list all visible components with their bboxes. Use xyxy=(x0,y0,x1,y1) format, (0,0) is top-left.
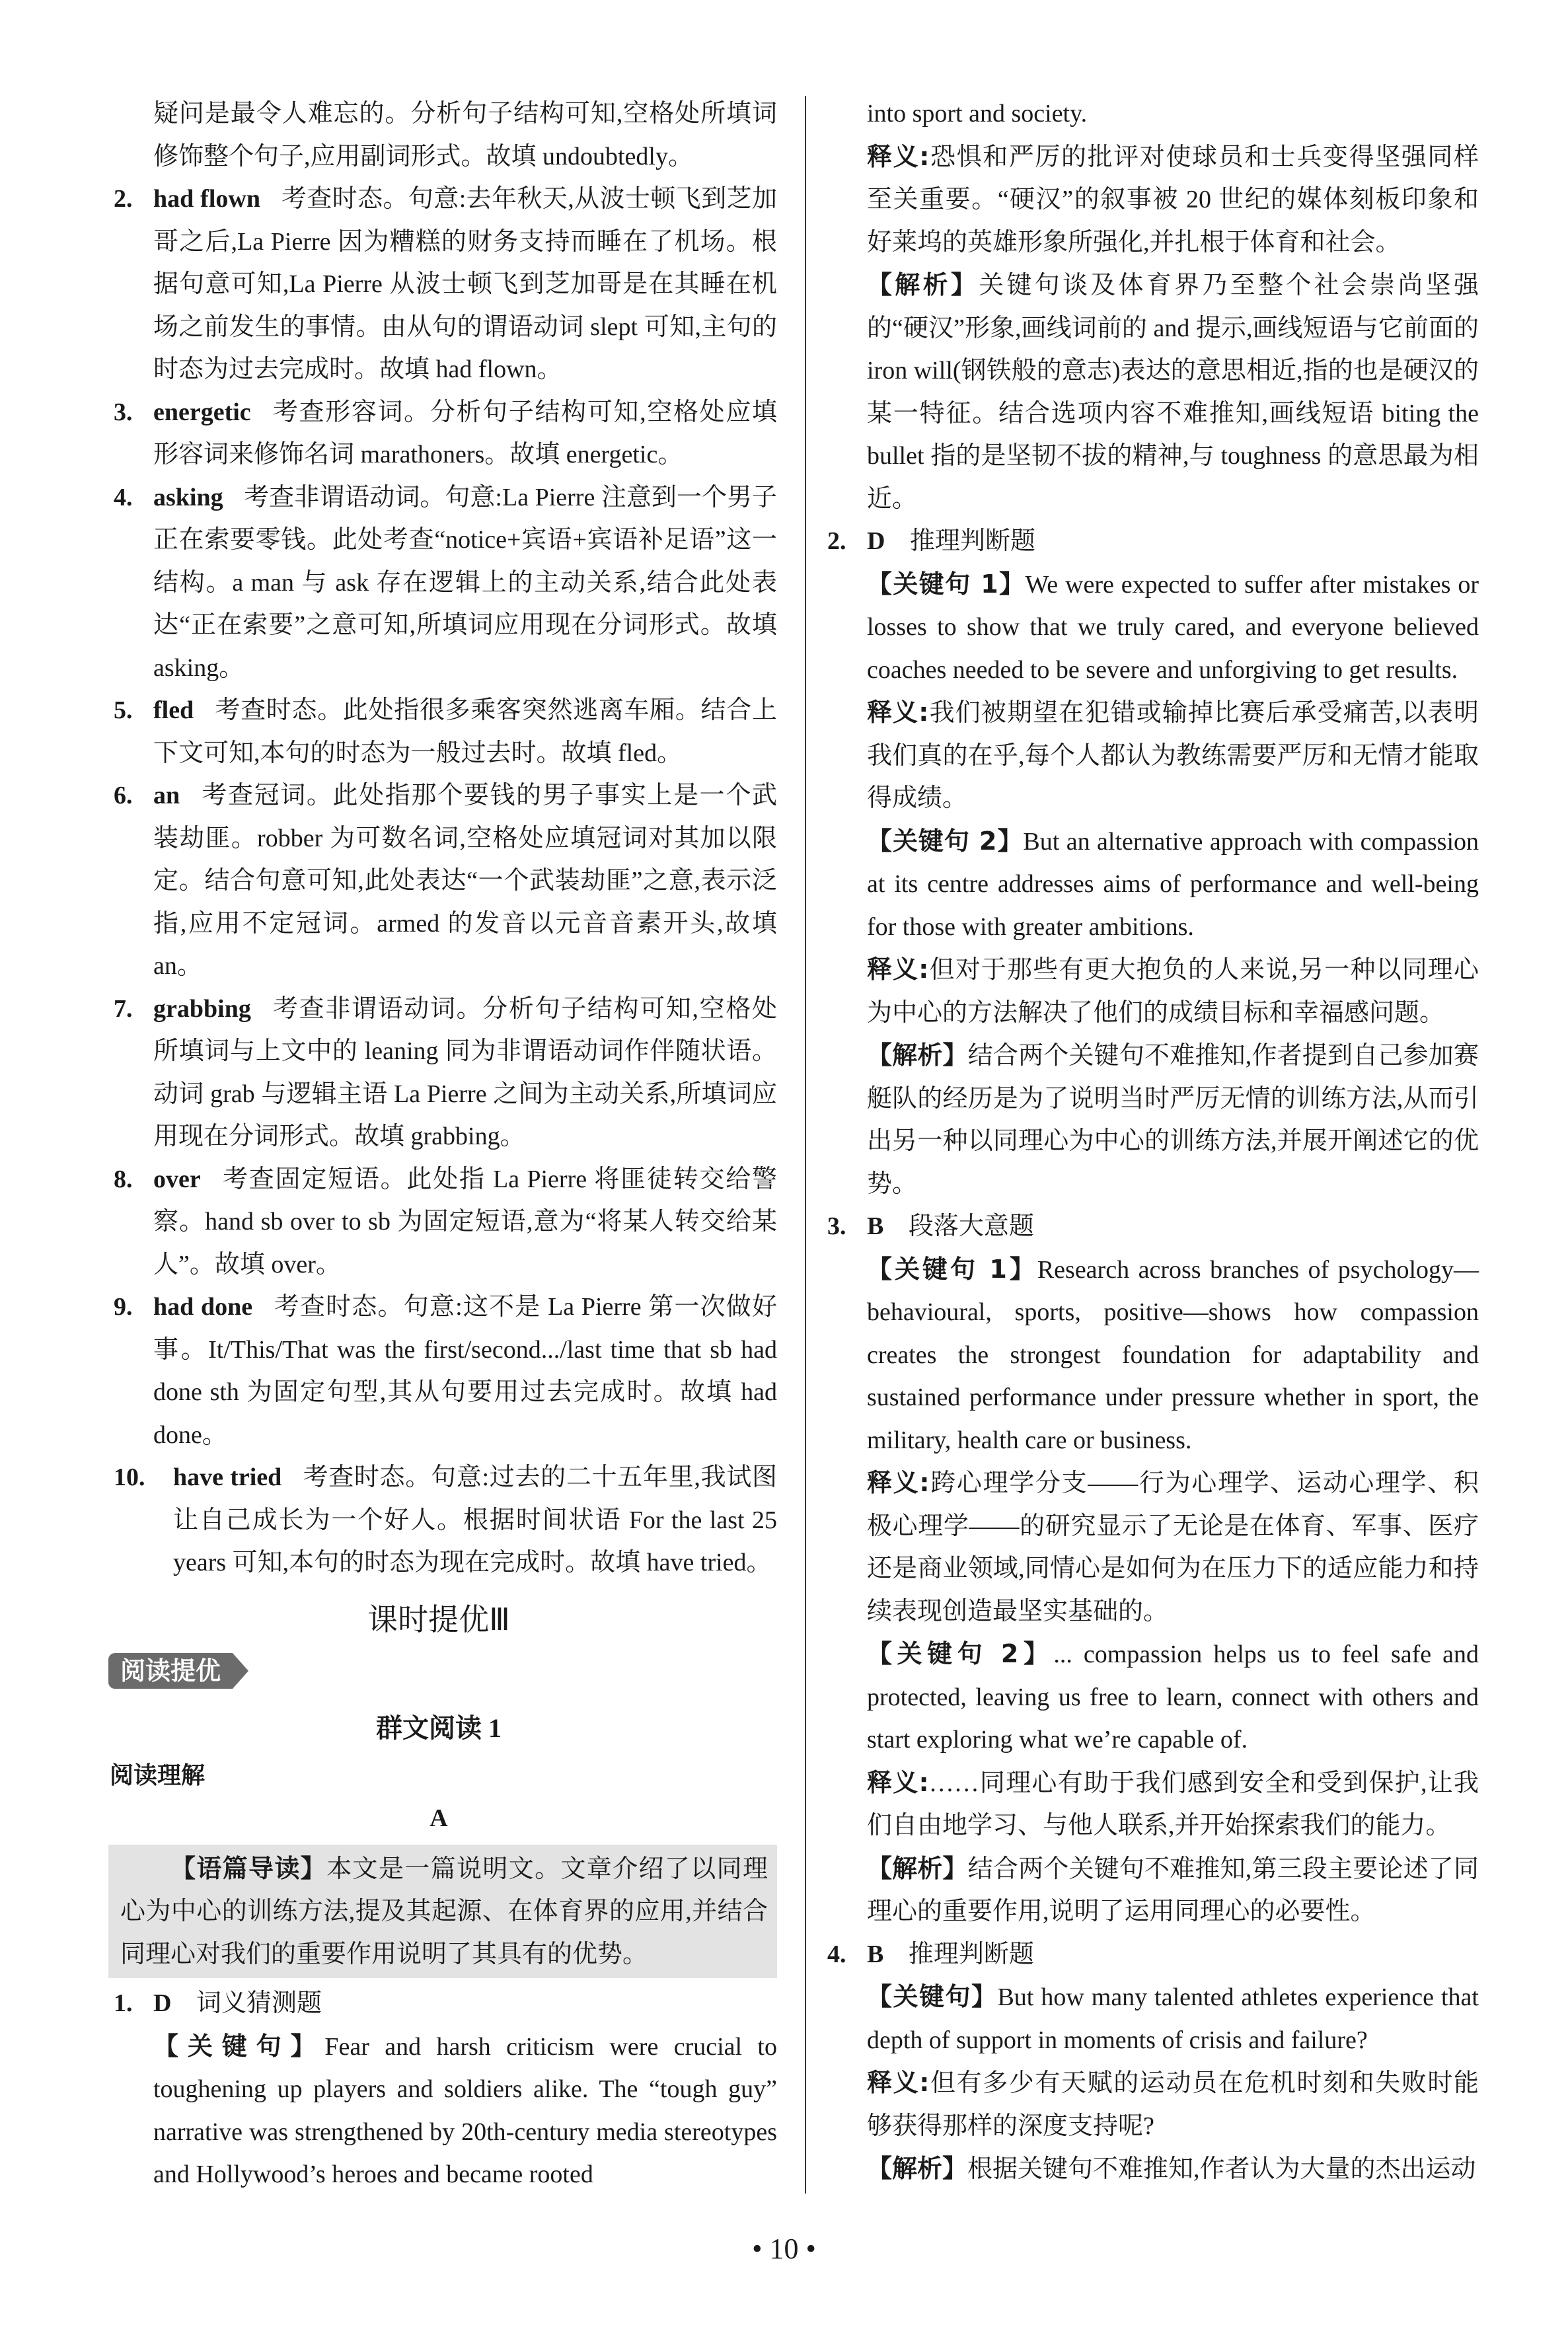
question-2-key-sentence-1: 【关键句 1】We were expected to suffer after … xyxy=(831,563,1479,692)
answer-word: have tried xyxy=(173,1463,281,1491)
answer-item-10: 10. have tried 考查时态。句意:过去的二十五年里,我试图让自己成长… xyxy=(100,1456,777,1584)
question-2-translation-1: 释义:我们被期望在犯错或输掉比赛后承受痛苦,以表明我们真的在乎,每个人都认为教练… xyxy=(831,691,1479,820)
question-answer: B xyxy=(867,1940,883,1968)
group-reading-title: 群文阅读 1 xyxy=(100,1707,777,1750)
answer-item-7: 7. grabbing 考查非谓语动词。分析句子结构可知,空格处所填词与上文中的… xyxy=(100,988,777,1158)
question-type: 推理判断题 xyxy=(910,527,1035,555)
answer-item-9: 9. had done 考查时态。句意:这不是 La Pierre 第一次做好事… xyxy=(100,1286,777,1456)
answer-word: fled xyxy=(153,696,194,724)
question-4-header: 4. B 推理判断题 xyxy=(831,1933,1479,1976)
question-2-key-sentence-2: 【关键句 2】But an alternative approach with … xyxy=(831,820,1479,949)
answer-item-3: 3. energetic 考查形容词。分析句子结构可知,空格处应填形容词来修饰名… xyxy=(100,391,777,476)
question-answer: B xyxy=(867,1212,883,1240)
answer-word: grabbing xyxy=(153,995,251,1023)
answer-item-4: 4. asking 考查非谓语动词。句意:La Pierre 注意到一个男子正在… xyxy=(100,476,777,690)
answer-item-5: 5. fled 考查时态。此处指很多乘客突然逃离车厢。结合上下文可知,本句的时态… xyxy=(100,689,777,774)
question-3-translation-2: 释义:……同理心有助于我们感到安全和受到保护,让我们自由地学习、与他人联系,并开… xyxy=(831,1761,1479,1847)
question-4-analysis: 【解析】根据关键句不难推知,作者认为大量的杰出运动 xyxy=(831,2147,1479,2191)
answer-item-8: 8. over 考查固定短语。此处指 La Pierre 将匪徒转交给警察。ha… xyxy=(100,1158,777,1286)
question-2-translation-2: 释义:但对于那些有更大抱负的人来说,另一种以同理心为中心的方法解决了他们的成绩目… xyxy=(831,948,1479,1034)
answer-word: over xyxy=(153,1165,201,1193)
page-number: • 10 • xyxy=(0,2232,1568,2266)
question-type: 词义猜测题 xyxy=(196,1989,322,2017)
section-tag: 阅读提优 xyxy=(108,1653,233,1689)
answer-item-6: 6. an 考查冠词。此处指那个要钱的男子事实上是一个武装劫匪。robber 为… xyxy=(100,774,777,988)
reading-comprehension-heading: 阅读理解 xyxy=(100,1755,777,1797)
question-3-key-sentence-1: 【关键句 1】Research across branches of psych… xyxy=(831,1248,1479,1462)
question-3-analysis: 【解析】结合两个关键句不难推知,第三段主要论述了同理心的重要作用,说明了运用同理… xyxy=(831,1847,1479,1933)
question-1-translation: 释义:恐惧和严厉的批评对使球员和士兵变得坚强同样至关重要。“硬汉”的叙事被 20… xyxy=(831,135,1479,264)
question-type: 段落大意题 xyxy=(909,1212,1034,1240)
question-2-analysis: 【解析】结合两个关键句不难推知,作者提到自己参加赛艇队的经历是为了说明当时严厉无… xyxy=(831,1034,1479,1205)
question-2-header: 2. D 推理判断题 xyxy=(831,520,1479,563)
question-1-key-sentence: 【关键句】Fear and harsh criticism were cruci… xyxy=(100,2025,777,2196)
question-answer: D xyxy=(153,1989,171,2017)
answer-explanation: 考查时态。句意:去年秋天,从波士顿飞到芝加哥之后,La Pierre 因为糟糕的… xyxy=(153,185,777,383)
question-3-key-sentence-2: 【关键句 2】... compassion helps us to feel s… xyxy=(831,1633,1479,1761)
answer-word: asking xyxy=(153,484,223,511)
answer-1-continuation: 疑问是最令人难忘的。分析句子结构可知,空格处所填词修饰整个句子,应用副词形式。故… xyxy=(100,92,777,178)
answer-item-2: 2. had flown 考查时态。句意:去年秋天,从波士顿飞到芝加哥之后,La… xyxy=(100,178,777,391)
section-title: 课时提优Ⅲ xyxy=(100,1596,777,1642)
guide-label: 【语篇导读】 xyxy=(170,1854,326,1883)
question-3-translation-1: 释义:跨心理学分支——行为心理学、运动心理学、积极心理学——的研究显示了无论是在… xyxy=(831,1461,1479,1633)
question-1-analysis: 【解析】关键句谈及体育界乃至整个社会崇尚坚强的“硬汉”形象,画线词前的 and … xyxy=(831,264,1479,520)
answer-explanation: 考查时态。此处指很多乘客突然逃离车厢。结合上下文可知,本句的时态为一般过去时。故… xyxy=(153,696,777,767)
passage-guide-box: 【语篇导读】本文是一篇说明文。文章介绍了以同理心为中心的训练方法,提及其起源、在… xyxy=(108,1845,777,1979)
answer-explanation: 考查固定短语。此处指 La Pierre 将匪徒转交给警察。hand sb ov… xyxy=(153,1165,777,1278)
answer-word: had done xyxy=(153,1293,252,1321)
question-4-key-sentence: 【关键句】But how many talented athletes expe… xyxy=(831,1975,1479,2061)
question-type: 推理判断题 xyxy=(909,1940,1034,1968)
question-1-key-tail: into sport and society. xyxy=(831,92,1479,135)
answer-word: an xyxy=(153,782,180,809)
column-divider xyxy=(805,96,806,2194)
answer-explanation: 考查冠词。此处指那个要钱的男子事实上是一个武装劫匪。robber 为可数名词,空… xyxy=(153,782,777,980)
right-column: into sport and society. 释义:恐惧和严厉的批评对使球员和… xyxy=(831,92,1479,2191)
left-column: 疑问是最令人难忘的。分析句子结构可知,空格处所填词修饰整个句子,应用副词形式。故… xyxy=(100,92,777,2196)
question-answer: D xyxy=(867,527,885,555)
answer-explanation: 考查非谓语动词。句意:La Pierre 注意到一个男子正在索要零钱。此处考查“… xyxy=(153,484,777,682)
question-4-translation: 释义:但有多少有天赋的运动员在危机时刻和失败时能够获得那样的深度支持呢? xyxy=(831,2061,1479,2147)
question-3-header: 3. B 段落大意题 xyxy=(831,1205,1479,1248)
passage-letter: A xyxy=(100,1797,777,1839)
answer-word: had flown xyxy=(153,185,260,213)
answer-word: energetic xyxy=(153,398,251,426)
question-1-header: 1. D 词义猜测题 xyxy=(100,1982,777,2025)
